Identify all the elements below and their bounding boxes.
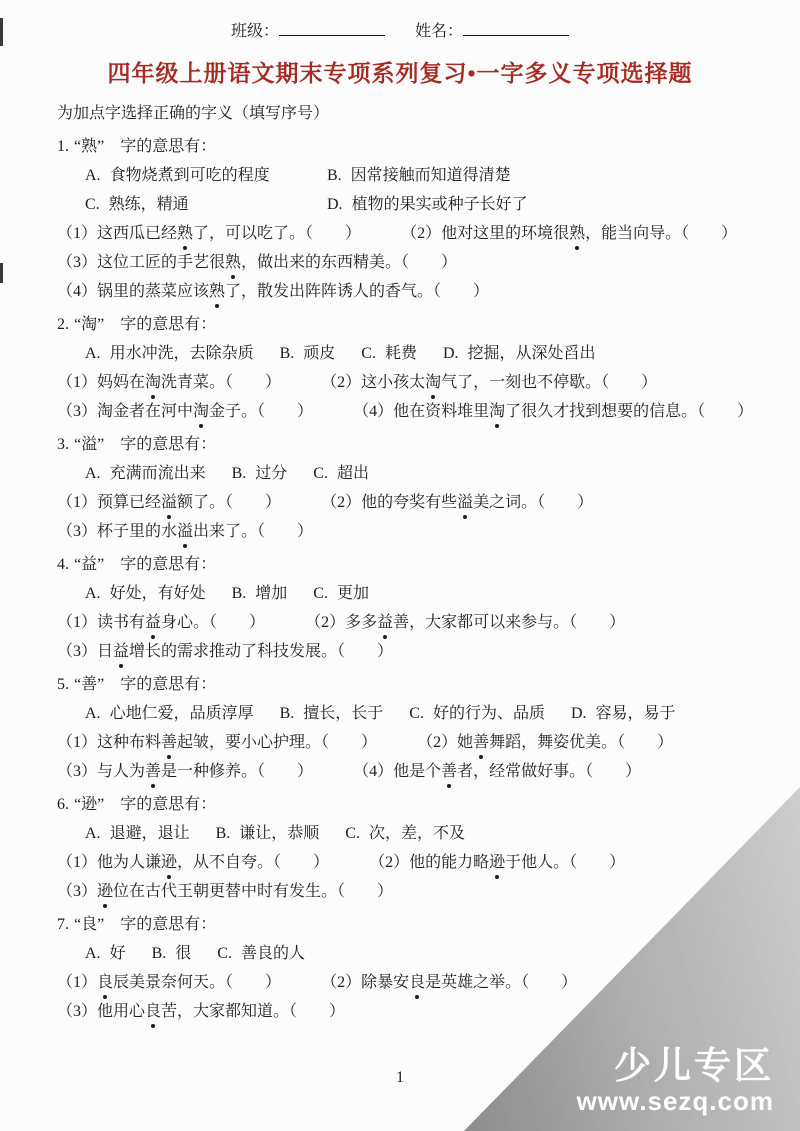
sentence-row: （1）这西瓜已经熟了，可以吃了。（ ）（2）他对这里的环境很熟，能当向导。（ ）: [57, 219, 756, 248]
emphasized-char: 善: [145, 757, 161, 786]
option-letter: D.: [327, 196, 343, 213]
emphasized-char: 逊: [489, 848, 505, 877]
watermark: 少儿专区 www.sezq.com: [577, 1046, 774, 1115]
option-letter: B.: [152, 945, 167, 962]
option-letter: A.: [85, 705, 101, 722]
scan-artifact: [0, 263, 3, 283]
sentence: （4）锅里的蒸菜应该熟了，散发出阵阵诱人的香气。（ ）: [57, 277, 489, 306]
question-heading: 3.“溢” 字的意思有：: [57, 430, 756, 459]
answer-blank: （ ）: [337, 883, 393, 900]
question-heading-text: 字的意思有：: [104, 556, 216, 573]
answer-blank: （ ）: [569, 854, 625, 871]
option-letter: C.: [85, 196, 100, 213]
sentence-row: （3）日益增长的需求推动了科技发展。（ ）: [57, 637, 756, 666]
option-letter: C.: [313, 585, 328, 602]
option-letter: B.: [327, 167, 342, 184]
sentence: （3）杯子里的水溢出来了。（ ）: [57, 517, 313, 546]
sentence: （1）这西瓜已经熟了，可以吃了。（ ）: [57, 219, 361, 248]
question-heading-text: 字的意思有：: [104, 796, 216, 813]
answer-option: A.食物烧煮到可吃的程度: [85, 161, 301, 190]
sentence: （3）与人为善是一种修养。（ ）: [57, 757, 313, 786]
emphasized-char: 溢: [457, 488, 473, 517]
sentence: （2）他的夸奖有些溢美之词。（ ）: [321, 488, 593, 517]
answer-option: B.很: [152, 939, 192, 968]
question-block: 6.“逊” 字的意思有：A.退避，退让B.谦让，恭顺C.次，差，不及（1）他为人…: [57, 790, 756, 906]
answer-option: A.好处，有好处: [85, 579, 206, 608]
sentence-row: （3）他用心良苦，大家都知道。（ ）: [57, 997, 756, 1026]
sentence: （3）淘金者在河中淘金子。（ ）: [57, 397, 313, 426]
option-row: A.充满而流出来B.过分C.超出: [57, 459, 756, 488]
emphasized-char: 熟: [569, 219, 585, 248]
answer-option: C.更加: [313, 579, 369, 608]
answer-option: B.过分: [232, 459, 288, 488]
emphasized-char: 善: [441, 757, 457, 786]
sentence: （3）他用心良苦，大家都知道。（ ）: [57, 997, 345, 1026]
answer-blank: （ ）: [257, 523, 313, 540]
emphasized-char: 淘: [193, 397, 209, 426]
emphasized-char: 良: [409, 968, 425, 997]
option-letter: B.: [232, 585, 247, 602]
answer-blank: （ ）: [305, 225, 361, 242]
option-letter: B.: [280, 345, 295, 362]
answer-option: B.擅长，长于: [280, 699, 384, 728]
option-row: A.用水冲洗，去除杂质B.顽皮C.耗费D.挖掘，从深处舀出: [57, 339, 756, 368]
answer-option: C.熟练，精通: [85, 190, 301, 219]
scan-artifact: [0, 18, 3, 46]
question-heading-text: 字的意思有：: [104, 916, 216, 933]
option-letter: A.: [85, 345, 101, 362]
option-row: A.好处，有好处B.增加C.更加: [57, 579, 756, 608]
emphasized-char: 良: [97, 968, 113, 997]
sentence: （1）这种布料善起皱，要小心护理。（ ）: [57, 728, 377, 757]
question-heading: 7.“良” 字的意思有：: [57, 910, 756, 939]
sentence: （1）读书有益身心。（ ）: [57, 608, 265, 637]
question-key-char: “熟”: [74, 138, 104, 155]
answer-blank: （ ）: [537, 494, 593, 511]
question-heading-text: 字的意思有：: [104, 138, 216, 155]
answer-option: A.充满而流出来: [85, 459, 206, 488]
question-number: 5.: [57, 676, 69, 693]
watermark-url: www.sezq.com: [577, 1087, 774, 1115]
sentence: （3）日益增长的需求推动了科技发展。（ ）: [57, 637, 393, 666]
question-key-char: “溢”: [74, 436, 104, 453]
emphasized-char: 良: [145, 997, 161, 1026]
answer-option: C.次，差，不及: [345, 819, 465, 848]
emphasized-char: 溢: [161, 488, 177, 517]
worksheet-body: 为加点字选择正确的字义（填写序号） 1.“熟” 字的意思有：A.食物烧煮到可吃的…: [0, 88, 800, 1026]
sentence-row: （3）淘金者在河中淘金子。（ ）（4）他在资料堆里淘了很久才找到想要的信息。（ …: [57, 397, 756, 426]
option-letter: D.: [571, 705, 587, 722]
sentence: （2）她善舞蹈，舞姿优美。（ ）: [417, 728, 673, 757]
option-letter: B.: [280, 705, 295, 722]
sentence: （1）他为人谦逊，从不自夸。（ ）: [57, 848, 329, 877]
question-heading-text: 字的意思有：: [104, 316, 216, 333]
option-row: A.心地仁爱，品质淳厚B.擅长，长于C.好的行为、品质D.容易，易于: [57, 699, 756, 728]
sentence-row: （1）良辰美景奈何天。（ ）（2）除暴安良是英雄之举。（ ）: [57, 968, 756, 997]
sentence: （2）除暴安良是英雄之举。（ ）: [321, 968, 577, 997]
answer-blank: （ ）: [681, 225, 737, 242]
question-block: 3.“溢” 字的意思有：A.充满而流出来B.过分C.超出（1）预算已经溢额了。（…: [57, 430, 756, 546]
sentence-row: （3）这位工匠的手艺很熟，做出来的东西精美。（ ）: [57, 248, 756, 277]
answer-option: A.退避，退让: [85, 819, 190, 848]
option-letter: A.: [85, 167, 101, 184]
emphasized-char: 逊: [97, 877, 113, 906]
question-key-char: “淘”: [74, 316, 104, 333]
emphasized-char: 淘: [145, 368, 161, 397]
sentence-row: （4）锅里的蒸菜应该熟了，散发出阵阵诱人的香气。（ ）: [57, 277, 756, 306]
question-key-char: “良”: [74, 916, 104, 933]
option-letter: A.: [85, 465, 101, 482]
answer-blank: （ ）: [585, 763, 641, 780]
question-heading: 6.“逊” 字的意思有：: [57, 790, 756, 819]
sentence: （1）妈妈在淘洗青菜。（ ）: [57, 368, 281, 397]
answer-option: C.善良的人: [217, 939, 305, 968]
question-heading: 1.“熟” 字的意思有：: [57, 132, 756, 161]
question-block: 2.“淘” 字的意思有：A.用水冲洗，去除杂质B.顽皮C.耗费D.挖掘，从深处舀…: [57, 310, 756, 426]
emphasized-char: 益: [377, 608, 393, 637]
option-letter: B.: [216, 825, 231, 842]
emphasized-char: 淘: [489, 397, 505, 426]
page-title: 四年级上册语文期末专项系列复习•一字多义专项选择题: [0, 55, 800, 88]
answer-blank: （ ）: [617, 734, 673, 751]
sentence-row: （1）这种布料善起皱，要小心护理。（ ）（2）她善舞蹈，舞姿优美。（ ）: [57, 728, 756, 757]
question-block: 1.“熟” 字的意思有：A.食物烧煮到可吃的程度B.因常接触而知道得清楚C.熟练…: [57, 132, 756, 306]
answer-blank: （ ）: [337, 643, 393, 660]
emphasized-char: 善: [473, 728, 489, 757]
emphasized-char: 溢: [177, 517, 193, 546]
instructions: 为加点字选择正确的字义（填写序号）: [57, 99, 756, 128]
answer-blank: （ ）: [225, 374, 281, 391]
sentence: （3）逊位在古代王朝更替中时有发生。（ ）: [57, 877, 393, 906]
sentence: （2）这小孩太淘气了，一刻也不停歇。（ ）: [321, 368, 657, 397]
questions: 1.“熟” 字的意思有：A.食物烧煮到可吃的程度B.因常接触而知道得清楚C.熟练…: [57, 132, 756, 1026]
class-label: 班级：: [231, 23, 279, 40]
emphasized-char: 熟: [177, 219, 193, 248]
question-heading-text: 字的意思有：: [104, 676, 216, 693]
question-block: 5.“善” 字的意思有：A.心地仁爱，品质淳厚B.擅长，长于C.好的行为、品质D…: [57, 670, 756, 786]
sentence: （4）他是个善者，经常做好事。（ ）: [353, 757, 641, 786]
sentence-row: （3）杯子里的水溢出来了。（ ）: [57, 517, 756, 546]
worksheet-page: 班级：姓名： 四年级上册语文期末专项系列复习•一字多义专项选择题 为加点字选择正…: [0, 0, 800, 1131]
question-key-char: “逊”: [74, 796, 104, 813]
question-block: 4.“益” 字的意思有：A.好处，有好处B.增加C.更加（1）读书有益身心。（ …: [57, 550, 756, 666]
answer-blank: （ ）: [521, 974, 577, 991]
sentence: （4）他在资料堆里淘了很久才找到想要的信息。（ ）: [353, 397, 753, 426]
answer-option: B.因常接触而知道得清楚: [327, 161, 511, 190]
question-number: 2.: [57, 316, 69, 333]
answer-blank: （ ）: [401, 254, 457, 271]
answer-blank: （ ）: [209, 614, 265, 631]
answer-option: B.增加: [232, 579, 288, 608]
sentence: （2）他对这里的环境很熟，能当向导。（ ）: [401, 219, 737, 248]
question-number: 6.: [57, 796, 69, 813]
answer-blank: （ ）: [257, 403, 313, 420]
sentence-row: （1）妈妈在淘洗青菜。（ ）（2）这小孩太淘气了，一刻也不停歇。（ ）: [57, 368, 756, 397]
answer-option: A.心地仁爱，品质淳厚: [85, 699, 254, 728]
name-label: 姓名：: [415, 23, 463, 40]
sentence-row: （1）预算已经溢额了。（ ）（2）他的夸奖有些溢美之词。（ ）: [57, 488, 756, 517]
option-letter: B.: [232, 465, 247, 482]
question-heading: 2.“淘” 字的意思有：: [57, 310, 756, 339]
sentence: （1）预算已经溢额了。（ ）: [57, 488, 281, 517]
answer-option: C.超出: [313, 459, 369, 488]
name-class-header: 班级：姓名：: [0, 0, 800, 42]
answer-blank: （ ）: [257, 763, 313, 780]
answer-option: C.耗费: [361, 339, 417, 368]
option-letter: C.: [345, 825, 360, 842]
question-heading: 5.“善” 字的意思有：: [57, 670, 756, 699]
option-letter: A.: [85, 825, 101, 842]
answer-blank: （ ）: [225, 494, 281, 511]
answer-option: D.挖掘，从深处舀出: [443, 339, 596, 368]
answer-option: D.容易，易于: [571, 699, 676, 728]
option-letter: C.: [217, 945, 232, 962]
sentence-row: （3）与人为善是一种修养。（ ）（4）他是个善者，经常做好事。（ ）: [57, 757, 756, 786]
option-letter: D.: [443, 345, 459, 362]
option-letter: C.: [361, 345, 376, 362]
option-row: A.好B.很C.善良的人: [57, 939, 756, 968]
option-row: A.食物烧煮到可吃的程度B.因常接触而知道得清楚: [57, 161, 756, 190]
name-blank-line: [463, 22, 569, 36]
sentence-row: （1）读书有益身心。（ ）（2）多多益善，大家都可以来参与。（ ）: [57, 608, 756, 637]
emphasized-char: 熟: [209, 277, 225, 306]
question-number: 7.: [57, 916, 69, 933]
question-number: 4.: [57, 556, 69, 573]
option-letter: C.: [313, 465, 328, 482]
question-block: 7.“良” 字的意思有：A.好B.很C.善良的人（1）良辰美景奈何天。（ ）（2…: [57, 910, 756, 1026]
sentence-row: （3）逊位在古代王朝更替中时有发生。（ ）: [57, 877, 756, 906]
question-key-char: “善”: [74, 676, 104, 693]
class-blank-line: [279, 22, 385, 36]
option-row: C.熟练，精通D.植物的果实或种子长好了: [57, 190, 756, 219]
answer-option: B.顽皮: [280, 339, 336, 368]
question-number: 3.: [57, 436, 69, 453]
answer-blank: （ ）: [289, 1003, 345, 1020]
answer-blank: （ ）: [601, 374, 657, 391]
answer-blank: （ ）: [225, 974, 281, 991]
option-letter: A.: [85, 585, 101, 602]
question-number: 1.: [57, 138, 69, 155]
answer-option: D.植物的果实或种子长好了: [327, 190, 528, 219]
question-heading: 4.“益” 字的意思有：: [57, 550, 756, 579]
emphasized-char: 益: [113, 637, 129, 666]
sentence: （2）多多益善，大家都可以来参与。（ ）: [305, 608, 625, 637]
answer-blank: （ ）: [569, 614, 625, 631]
emphasized-char: 善: [161, 728, 177, 757]
sentence-row: （1）他为人谦逊，从不自夸。（ ）（2）他的能力略逊于他人。（ ）: [57, 848, 756, 877]
emphasized-char: 逊: [161, 848, 177, 877]
answer-option: B.谦让，恭顺: [216, 819, 320, 848]
option-row: A.退避，退让B.谦让，恭顺C.次，差，不及: [57, 819, 756, 848]
watermark-brand: 少儿专区: [577, 1046, 774, 1086]
emphasized-char: 益: [145, 608, 161, 637]
answer-option: A.好: [85, 939, 126, 968]
answer-blank: （ ）: [433, 283, 489, 300]
answer-blank: （ ）: [273, 854, 329, 871]
answer-option: A.用水冲洗，去除杂质: [85, 339, 254, 368]
sentence: （3）这位工匠的手艺很熟，做出来的东西精美。（ ）: [57, 248, 457, 277]
emphasized-char: 淘: [425, 368, 441, 397]
answer-blank: （ ）: [321, 734, 377, 751]
emphasized-char: 熟: [225, 248, 241, 277]
option-letter: A.: [85, 945, 101, 962]
option-letter: C.: [409, 705, 424, 722]
answer-blank: （ ）: [697, 403, 753, 420]
question-heading-text: 字的意思有：: [104, 436, 216, 453]
sentence: （2）他的能力略逊于他人。（ ）: [369, 848, 625, 877]
sentence: （1）良辰美景奈何天。（ ）: [57, 968, 281, 997]
question-key-char: “益”: [74, 556, 104, 573]
answer-option: C.好的行为、品质: [409, 699, 545, 728]
